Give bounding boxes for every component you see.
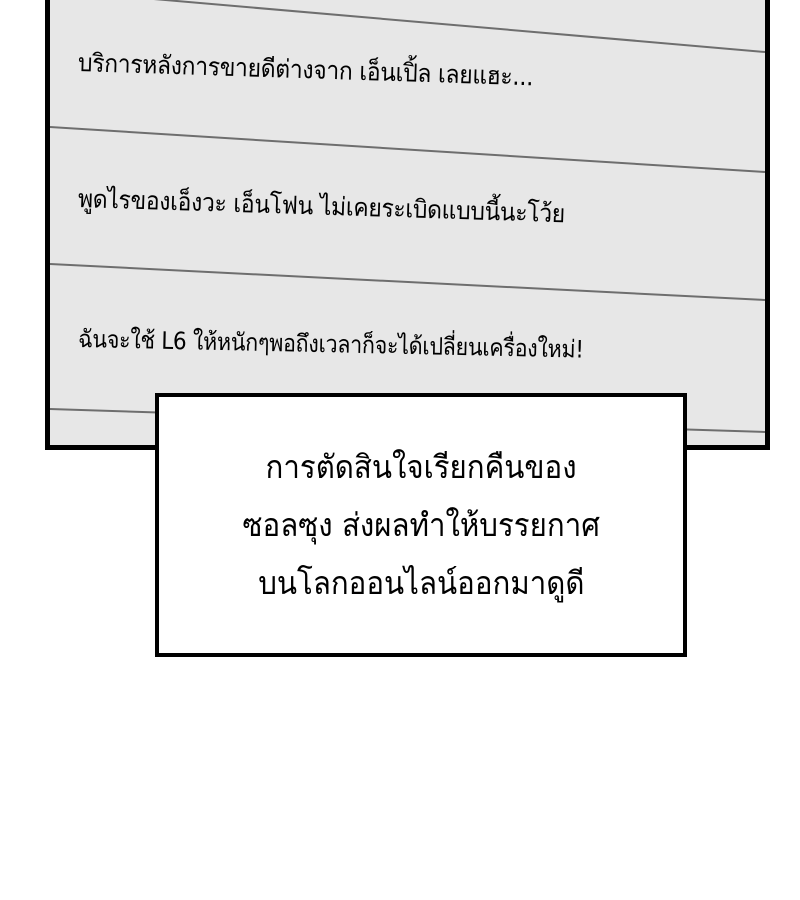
narration-line: บนโลกออนไลน์ออกมาดูดี xyxy=(258,554,584,612)
narration-line: ซอลซุง ส่งผลทำให้บรรยกาศ xyxy=(242,496,599,554)
narration-caption-box: การตัดสินใจเรียกคืนของ ซอลซุง ส่งผลทำให้… xyxy=(155,393,687,657)
comment-feed-panel: บริการหลังการขายดีต่างจาก เอ็นเปิ้ล เลยแ… xyxy=(45,0,770,450)
divider-line xyxy=(50,127,765,172)
divider-line xyxy=(50,0,765,52)
narration-line: การตัดสินใจเรียกคืนของ xyxy=(265,438,576,496)
divider-line xyxy=(50,264,765,300)
